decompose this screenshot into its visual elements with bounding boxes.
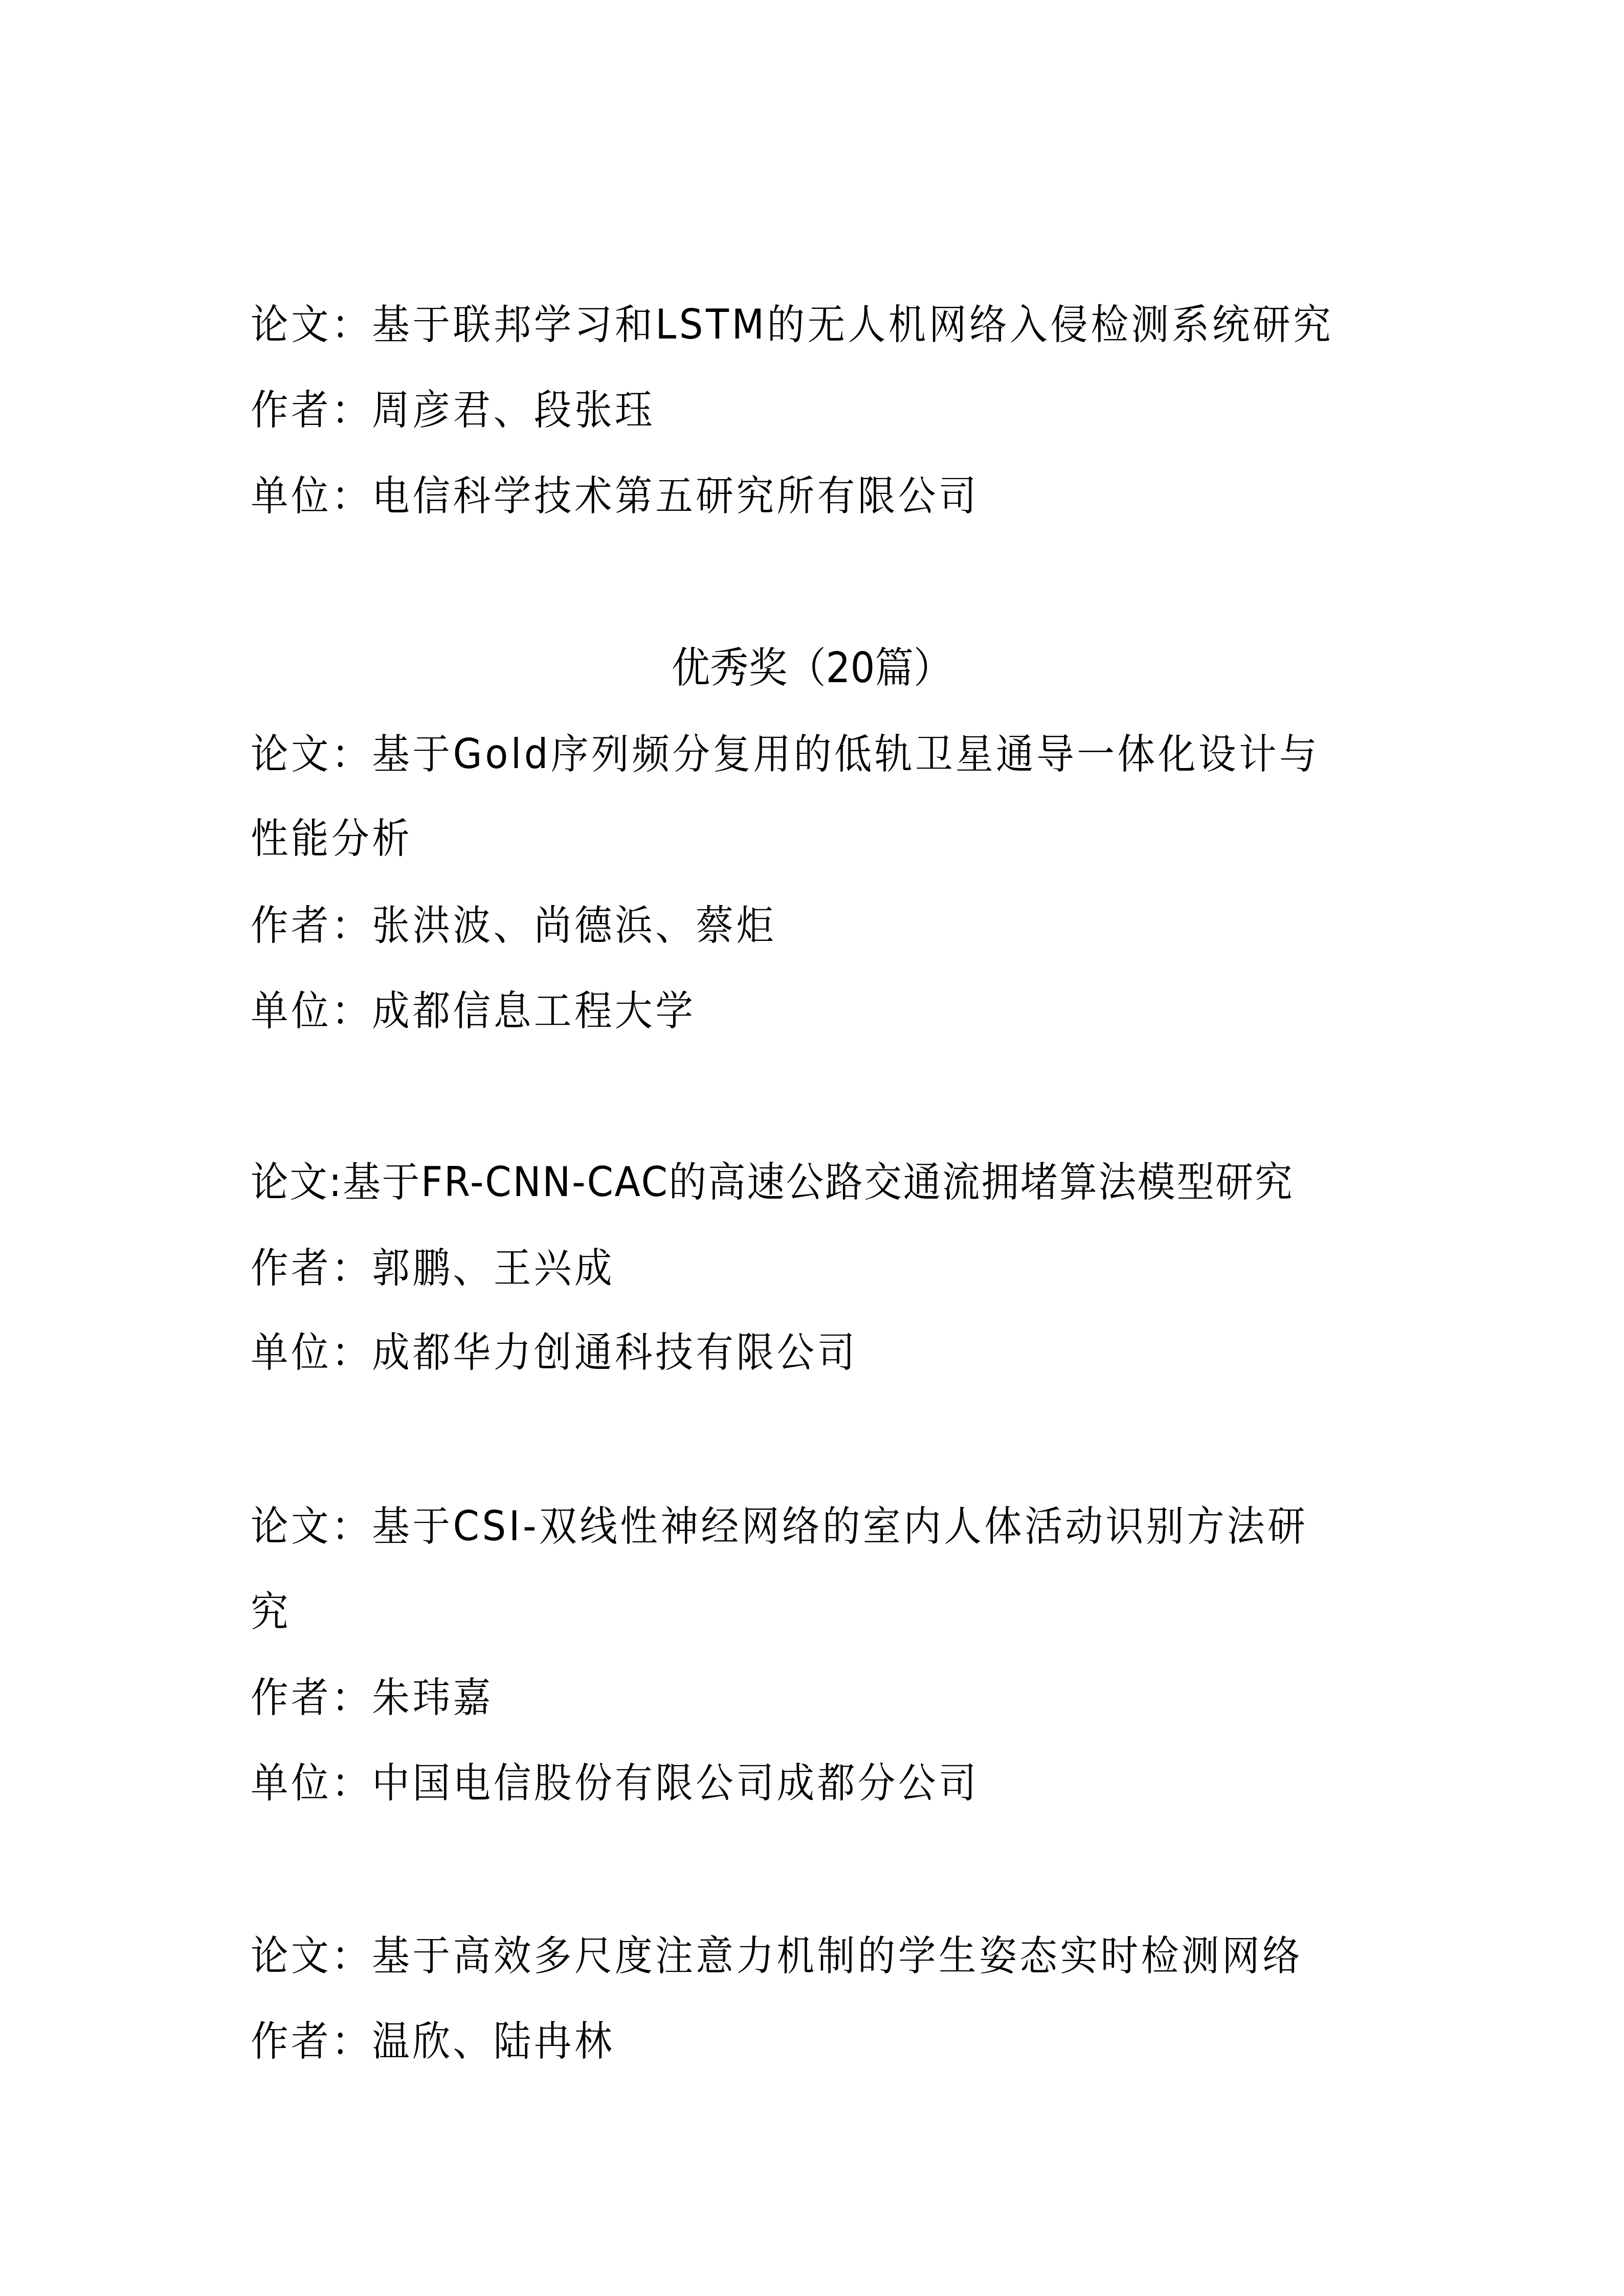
section-heading: 优秀奖（20篇）: [0, 643, 1624, 694]
org-line: 单位：中国电信股份有限公司成都分公司: [251, 1758, 1305, 1809]
authors-line: 作者：温欣、陆冉林: [251, 2016, 1305, 2067]
authors-line: 作者：周彦君、段张珏: [251, 385, 1305, 436]
paper-title: 基于CSI-双线性神经网络的室内人体活动识别方法研: [372, 1502, 1308, 1550]
authors-line: 作者：郭鹏、王兴成: [251, 1243, 1305, 1294]
org-line: 单位：电信科学技术第五研究所有限公司: [251, 470, 1305, 522]
organization: 成都华力创通科技有限公司: [372, 1329, 857, 1376]
paper-title-continued: 究: [251, 1588, 291, 1635]
paper-title-line: 论文：基于联邦学习和LSTM的无人机网络入侵检测系统研究: [251, 299, 1305, 350]
title-label: 论文:: [251, 1158, 343, 1206]
authors-label: 作者：: [251, 2017, 372, 2065]
title-label: 论文：: [251, 730, 372, 778]
authors: 张洪波、尚德浜、蔡炬: [372, 902, 776, 949]
authors: 温欣、陆冉林: [372, 2017, 615, 2065]
org-line: 单位：成都信息工程大学: [251, 985, 1305, 1037]
paper-title-line-continued: 性能分析: [251, 813, 1305, 864]
title-label: 论文：: [251, 1932, 372, 1979]
paper-title-line-continued: 究: [251, 1586, 1305, 1637]
authors-label: 作者：: [251, 386, 372, 434]
authors: 朱玮嘉: [372, 1674, 493, 1721]
authors: 郭鹏、王兴成: [372, 1244, 615, 1292]
paper-title-line: 论文:基于FR-CNN-CAC的高速公路交通流拥堵算法模型研究: [251, 1157, 1305, 1208]
authors-label: 作者：: [251, 1244, 372, 1292]
organization: 成都信息工程大学: [372, 987, 696, 1034]
org-label: 单位：: [251, 472, 372, 520]
org-label: 单位：: [251, 1329, 372, 1376]
organization: 电信科学技术第五研究所有限公司: [372, 472, 979, 520]
paper-title: 基于Gold序列频分复用的低轨卫星通导一体化设计与: [372, 730, 1320, 778]
authors-line: 作者：朱玮嘉: [251, 1672, 1305, 1723]
title-label: 论文：: [251, 301, 372, 348]
authors-line: 作者：张洪波、尚德浜、蔡炬: [251, 900, 1305, 951]
paper-title: 基于FR-CNN-CAC的高速公路交通流拥堵算法模型研究: [343, 1158, 1294, 1206]
paper-title-line: 论文：基于高效多尺度注意力机制的学生姿态实时检测网络: [251, 1930, 1305, 1982]
paper-title-line: 论文：基于Gold序列频分复用的低轨卫星通导一体化设计与: [251, 729, 1305, 780]
title-label: 论文：: [251, 1502, 372, 1550]
org-label: 单位：: [251, 1759, 372, 1807]
authors-label: 作者：: [251, 902, 372, 949]
authors-label: 作者：: [251, 1674, 372, 1721]
paper-title-continued: 性能分析: [251, 815, 412, 862]
paper-title: 基于高效多尺度注意力机制的学生姿态实时检测网络: [372, 1932, 1303, 1979]
org-line: 单位：成都华力创通科技有限公司: [251, 1327, 1305, 1378]
paper-title: 基于联邦学习和LSTM的无人机网络入侵检测系统研究: [372, 301, 1333, 348]
org-label: 单位：: [251, 987, 372, 1034]
paper-title-line: 论文：基于CSI-双线性神经网络的室内人体活动识别方法研: [251, 1501, 1305, 1552]
authors: 周彦君、段张珏: [372, 386, 655, 434]
organization: 中国电信股份有限公司成都分公司: [372, 1759, 979, 1807]
